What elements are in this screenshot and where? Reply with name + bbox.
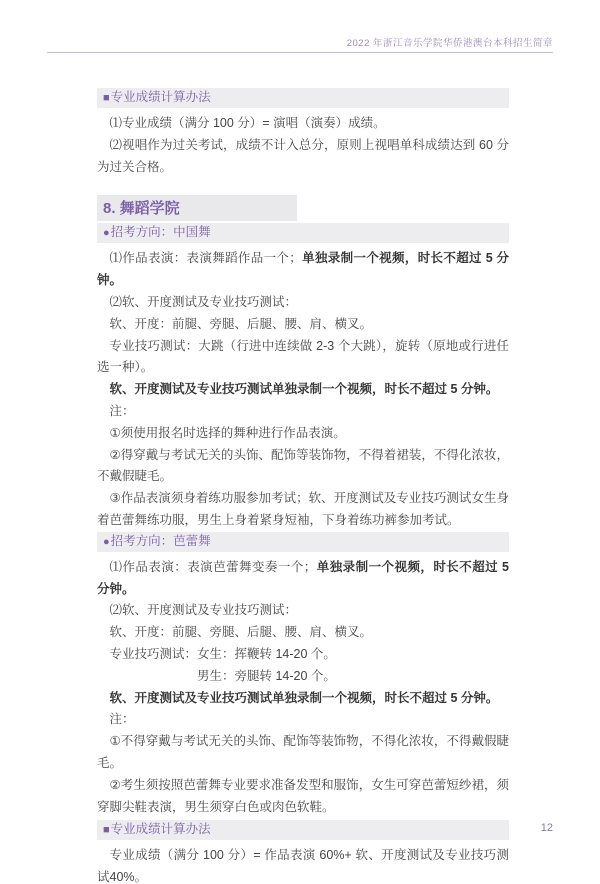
note-label-chinese: 注： <box>97 401 509 423</box>
para-calc-vocal-1: ⑴专业成绩（满分 100 分）= 演唱（演奏）成绩。 <box>97 113 509 135</box>
para-text: ⑴作品表演：表演芭蕾舞变奏一个； <box>110 560 317 574</box>
section-band-ballet: ●招考方向：芭蕾舞 <box>97 532 509 552</box>
section-band-chinese-dance: ●招考方向：中国舞 <box>97 223 509 243</box>
para-chinese-3: 软、开度：前腿、旁腿、后腿、腰、肩、横叉。 <box>97 314 509 336</box>
band-label: 专业成绩计算办法 <box>111 90 211 104</box>
band-label: 专业成绩计算办法 <box>111 822 211 836</box>
section-band-score-calc-vocal: ■专业成绩计算办法 <box>97 88 509 108</box>
page-number: 12 <box>541 822 553 834</box>
document-body: ■专业成绩计算办法 ⑴专业成绩（满分 100 分）= 演唱（演奏）成绩。 ⑵视唱… <box>97 88 509 884</box>
para-chinese-1: ⑴作品表演：表演舞蹈作品一个；单独录制一个视频，时长不超过 5 分钟。 <box>97 248 509 292</box>
round-bullet-icon: ● <box>103 536 110 548</box>
band-label: 招考方向：芭蕾舞 <box>111 534 211 548</box>
square-bullet-icon: ■ <box>103 92 110 104</box>
para-text: ⑴作品表演：表演舞蹈作品一个； <box>110 251 302 265</box>
note-ballet-2: ②考生须按照芭蕾舞专业要求准备发型和服饰，女生可穿芭蕾短纱裙，须穿脚尖鞋表演，男… <box>97 775 509 819</box>
band-label: 招考方向：中国舞 <box>111 225 211 239</box>
para-ballet-3: 软、开度：前腿、旁腿、后腿、腰、肩、横叉。 <box>97 622 509 644</box>
para-chinese-2: ⑵软、开度测试及专业技巧测试： <box>97 292 509 314</box>
section-band-score-calc-dance: ■专业成绩计算办法 <box>97 820 509 840</box>
note-chinese-3: ③作品表演须身着练功服参加考试；软、开度测试及专业技巧测试女生身着芭蕾舞练功服，… <box>97 488 509 532</box>
page-header-title: 2022 年浙江音乐学院华侨港澳台本科招生简章 <box>347 35 553 49</box>
para-ballet-1: ⑴作品表演：表演芭蕾舞变奏一个；单独录制一个视频，时长不超过 5 分钟。 <box>97 557 509 601</box>
para-ballet-5: 男生：旁腿转 14-20 个。 <box>97 666 509 688</box>
para-chinese-5: 软、开度测试及专业技巧测试单独录制一个视频，时长不超过 5 分钟。 <box>97 379 509 401</box>
para-ballet-2: ⑵软、开度测试及专业技巧测试： <box>97 600 509 622</box>
note-chinese-1: ①须使用报名时选择的舞种进行作品表演。 <box>97 423 509 445</box>
note-chinese-2: ②得穿戴与考试无关的头饰、配饰等装饰物，不得着裙装，不得化浓妆，不戴假睫毛。 <box>97 445 509 489</box>
note-label-ballet: 注： <box>97 709 509 731</box>
para-ballet-6: 软、开度测试及专业技巧测试单独录制一个视频，时长不超过 5 分钟。 <box>97 688 509 710</box>
round-bullet-icon: ● <box>103 227 110 239</box>
header-divider <box>47 52 553 53</box>
para-ballet-4: 专业技巧测试：女生：挥鞭转 14-20 个。 <box>97 644 509 666</box>
section-heading-dance-school: 8. 舞蹈学院 <box>97 195 297 221</box>
para-chinese-4: 专业技巧测试：大跳（行进中连续做 2-3 个大跳），旋转（原地或行进任选一种）。 <box>97 336 509 380</box>
para-calc-vocal-2: ⑵视唱作为过关考试，成绩不计入总分，原则上视唱单科成绩达到 60 分为过关合格。 <box>97 135 509 179</box>
para-calc-dance-1: 专业成绩（满分 100 分）= 作品表演 60%+ 软、开度测试及专业技巧测试4… <box>97 845 509 884</box>
square-bullet-icon: ■ <box>103 824 110 836</box>
note-ballet-1: ①不得穿戴与考试无关的头饰、配饰等装饰物，不得化浓妆，不得戴假睫毛。 <box>97 731 509 775</box>
